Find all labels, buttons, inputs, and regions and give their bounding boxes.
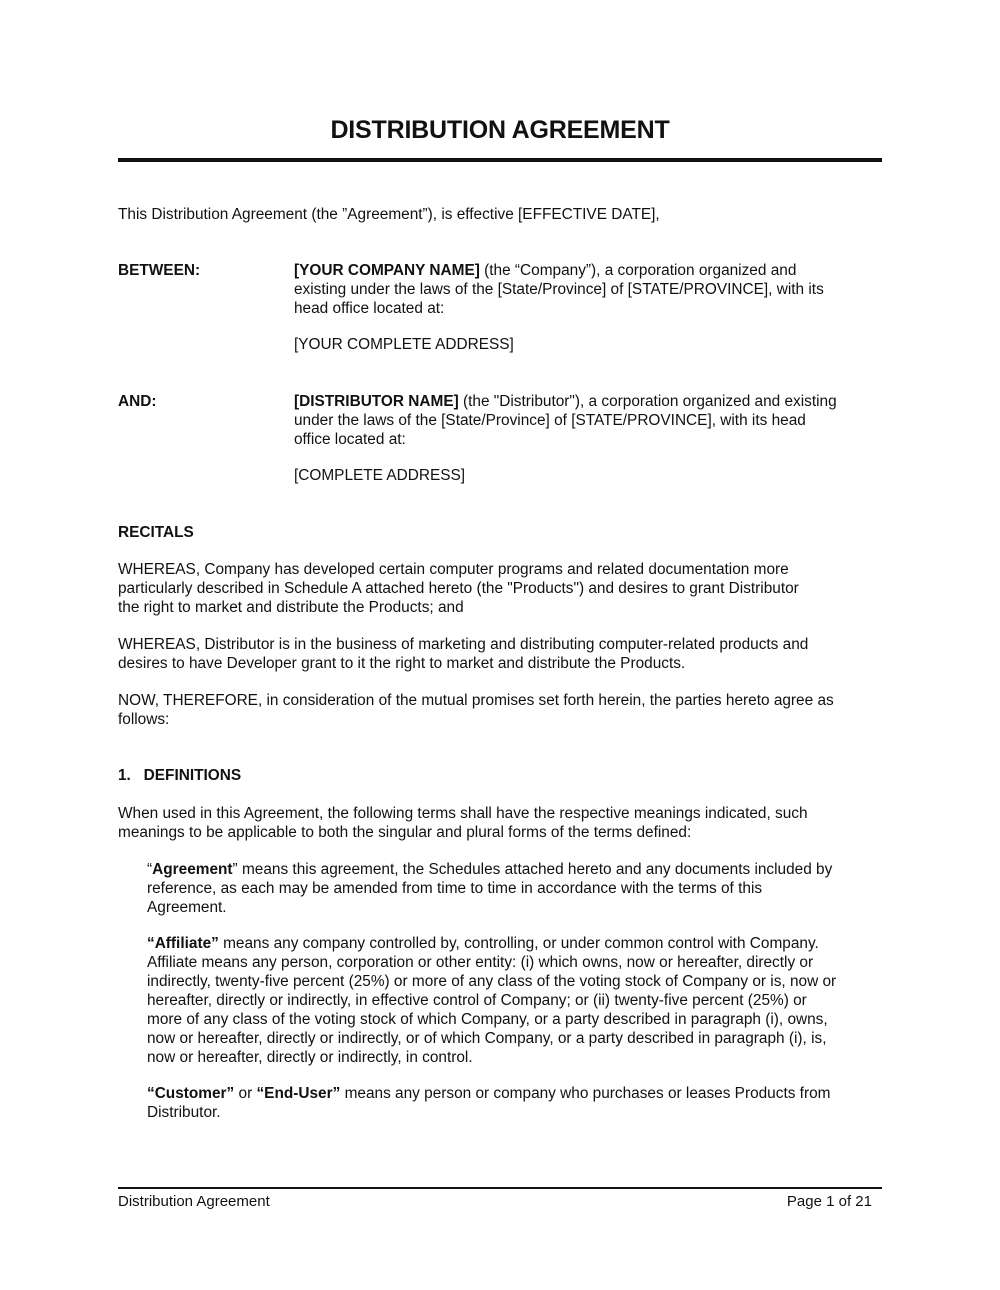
text-line: WHEREAS, Distributor is in the business … [118,635,808,654]
text-line: reference, as each may be amended from t… [147,879,887,898]
definitions-intro: When used in this Agreement, the followi… [118,804,808,842]
text-line: follows: [118,710,834,729]
text-line: Affiliate means any person, corporation … [147,953,887,972]
recital-paragraph: NOW, THEREFORE, in consideration of the … [118,691,834,729]
document-title: DISTRIBUTION AGREEMENT [118,116,882,145]
section-heading-definitions: 1. DEFINITIONS [118,766,241,785]
footer-divider [118,1187,882,1189]
party-label-between: BETWEEN: [118,261,200,280]
defined-term: “Customer” [147,1085,234,1102]
recital-paragraph: WHEREAS, Distributor is in the business … [118,635,808,673]
intro-paragraph: This Distribution Agreement (the ”Agreem… [118,205,660,224]
footer-page-number: Page 1 of 21 [787,1192,872,1211]
recitals-heading: RECITALS [118,523,194,542]
text-line: now or hereafter, directly or indirectly… [147,1029,887,1048]
definition-customer: “Customer” or “End-User” means any perso… [147,1084,887,1122]
party-text-line: existing under the laws of the [State/Pr… [294,280,824,299]
party-text-line: (the "Distributor"), a corporation organ… [459,393,837,410]
title-divider [118,158,882,162]
text-line: hereafter, directly or indirectly, in ef… [147,991,887,1010]
connector-text: or [234,1085,256,1102]
text-line: meanings to be applicable to both the si… [118,823,808,842]
definition-affiliate: “Affiliate” means any company controlled… [147,934,887,1067]
party-text-line: head office located at: [294,299,824,318]
recital-paragraph: WHEREAS, Company has developed certain c… [118,560,799,617]
text-line: particularly described in Schedule A att… [118,579,799,598]
footer-document-name: Distribution Agreement [118,1192,270,1211]
text-line: means this agreement, the Schedules atta… [238,861,833,878]
text-line: the right to market and distribute the P… [118,598,799,617]
definition-agreement: “Agreement” means this agreement, the Sc… [147,860,887,917]
text-line: NOW, THEREFORE, in consideration of the … [118,691,834,710]
text-line: means any company controlled by, control… [219,935,819,952]
party-label-and: AND: [118,392,156,411]
text-line: WHEREAS, Company has developed certain c… [118,560,799,579]
distributor-address: [COMPLETE ADDRESS] [294,466,837,485]
text-line: indirectly, twenty-five percent (25%) or… [147,972,887,991]
defined-term: “End-User” [256,1085,340,1102]
text-line: now or hereafter, directly or indirectly… [147,1048,887,1067]
company-name: [YOUR COMPANY NAME] [294,262,480,279]
party-text-line: under the laws of the [State/Province] o… [294,411,837,430]
company-address: [YOUR COMPLETE ADDRESS] [294,335,824,354]
party-company-block: [YOUR COMPANY NAME] (the “Company”), a c… [294,261,824,354]
defined-term: Agreement [152,861,232,878]
party-text-line: (the “Company”), a corporation organized… [480,262,797,279]
distributor-name: [DISTRIBUTOR NAME] [294,393,459,410]
defined-term: “Affiliate” [147,935,219,952]
text-line: When used in this Agreement, the followi… [118,804,808,823]
party-distributor-block: [DISTRIBUTOR NAME] (the "Distributor"), … [294,392,837,485]
text-line: more of any class of the voting stock of… [147,1010,887,1029]
text-line: means any person or company who purchase… [340,1085,830,1102]
text-line: desires to have Developer grant to it th… [118,654,808,673]
text-line: Agreement. [147,898,887,917]
text-line: Distributor. [147,1103,887,1122]
party-text-line: office located at: [294,430,837,449]
